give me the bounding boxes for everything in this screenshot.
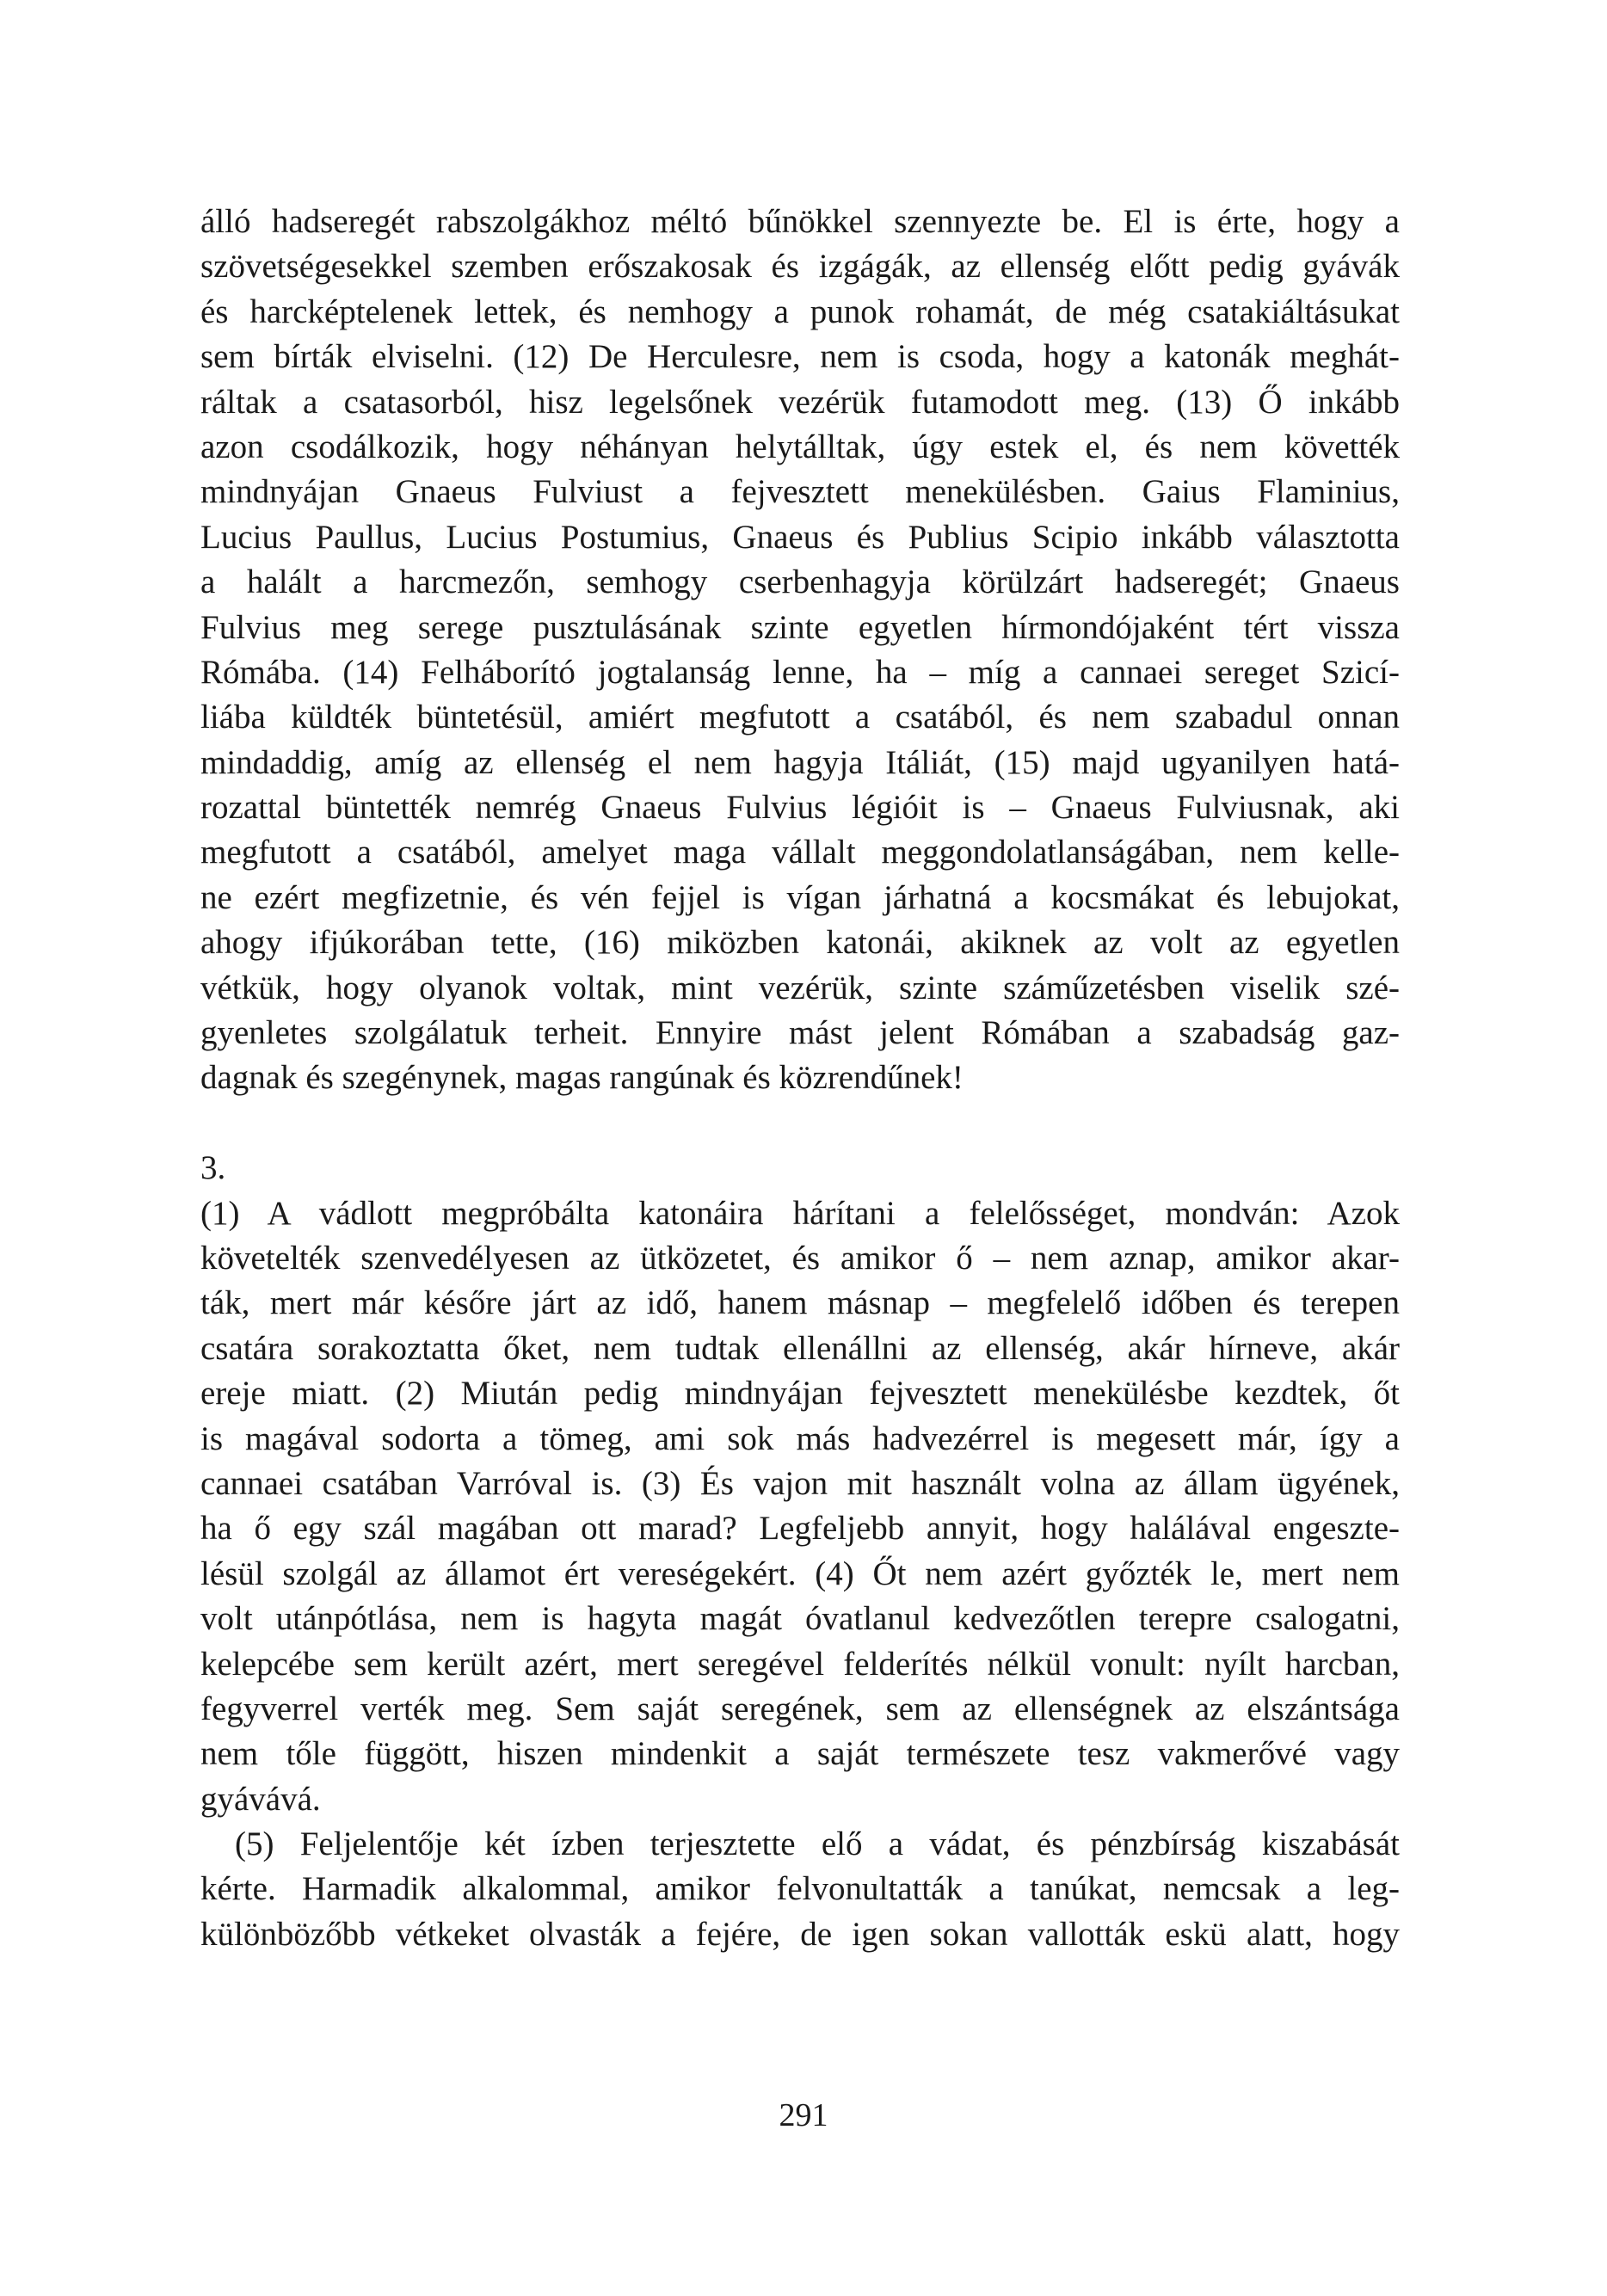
text-line: mindaddig, amíg az ellenség el nem hagyj…	[200, 741, 1400, 785]
text-line: gyenletes szolgálatuk terheit. Ennyire m…	[200, 1011, 1400, 1056]
text-line: (5) Feljelentője két ízben terjesztette …	[200, 1822, 1400, 1867]
paragraph-1: (1) A vádlott megpróbálta katonáira hárí…	[200, 1191, 1400, 1822]
text-line: sem bírták elviselni. (12) De Herculesre…	[200, 335, 1400, 379]
text-line: ták, mert már későre járt az idő, hanem …	[200, 1281, 1400, 1326]
section-gap	[200, 1101, 1400, 1146]
text-line: (1) A vádlott megpróbálta katonáira hárí…	[200, 1191, 1400, 1236]
text-line: gyávává.	[200, 1777, 1400, 1822]
text-line: is magával sodorta a tömeg, ami sok más …	[200, 1417, 1400, 1462]
text-line: ereje miatt. (2) Miután pedig mindnyájan…	[200, 1371, 1400, 1416]
paragraph-2: (5) Feljelentője két ízben terjesztette …	[200, 1822, 1400, 1957]
text-line: különbözőbb vétkeket olvasták a fejére, …	[200, 1912, 1400, 1957]
text-line: dagnak és szegénynek, magas rangúnak és …	[200, 1056, 1400, 1100]
text-line: Lucius Paullus, Lucius Postumius, Gnaeus…	[200, 515, 1400, 560]
text-line: megfutott a csatából, amelyet maga válla…	[200, 830, 1400, 875]
text-line: a halált a harcmezőn, semhogy cserbenhag…	[200, 560, 1400, 605]
text-line: ne ezért megfizetnie, és vén fejjel is v…	[200, 876, 1400, 920]
section-heading: 3.	[200, 1146, 1400, 1191]
page-body: álló hadseregét rabszolgákhoz méltó bűnö…	[200, 200, 1400, 1957]
text-line: lésül szolgál az államot ért vereségekér…	[200, 1552, 1400, 1597]
text-line: ahogy ifjúkorában tette, (16) miközben k…	[200, 920, 1400, 965]
text-line: kérte. Harmadik alkalommal, amikor felvo…	[200, 1867, 1400, 1911]
text-line: és harcképtelenek lettek, és nemhogy a p…	[200, 290, 1400, 335]
section-2-continued: álló hadseregét rabszolgákhoz méltó bűnö…	[200, 200, 1400, 1101]
text-line: szövetségesekkel szemben erőszakosak és …	[200, 244, 1400, 289]
text-line: kelepcébe sem került azért, mert seregév…	[200, 1642, 1400, 1687]
text-line: ha ő egy szál magában ott marad? Legfelj…	[200, 1506, 1400, 1551]
text-line: követelték szenvedélyesen az ütközetet, …	[200, 1236, 1400, 1281]
text-line: fegyverrel verték meg. Sem saját seregén…	[200, 1687, 1400, 1732]
page-number: 291	[0, 2096, 1607, 2134]
text-line: cannaei csatában Varróval is. (3) És vaj…	[200, 1462, 1400, 1506]
text-line: mindnyájan Gnaeus Fulviust a fejvesztett…	[200, 470, 1400, 514]
text-line: ráltak a csatasorból, hisz legelsőnek ve…	[200, 380, 1400, 425]
text-line: csatára sorakoztatta őket, nem tudtak el…	[200, 1327, 1400, 1371]
text-line: nem tőle függött, hiszen mindenkit a saj…	[200, 1732, 1400, 1776]
text-line: volt utánpótlása, nem is hagyta magát óv…	[200, 1597, 1400, 1641]
text-line: Fulvius meg serege pusztulásának szinte …	[200, 606, 1400, 650]
text-line: álló hadseregét rabszolgákhoz méltó bűnö…	[200, 200, 1400, 244]
text-line: azon csodálkozik, hogy néhányan helytáll…	[200, 425, 1400, 470]
section-3: 3. (1) A vádlott megpróbálta katonáira h…	[200, 1146, 1400, 1957]
text-line: rozattal büntették nemrég Gnaeus Fulvius…	[200, 785, 1400, 830]
text-line: liába küldték büntetésül, amiért megfuto…	[200, 695, 1400, 740]
text-line: vétkük, hogy olyanok voltak, mint vezérü…	[200, 966, 1400, 1011]
text-line: Rómába. (14) Felháborító jogtalanság len…	[200, 650, 1400, 695]
